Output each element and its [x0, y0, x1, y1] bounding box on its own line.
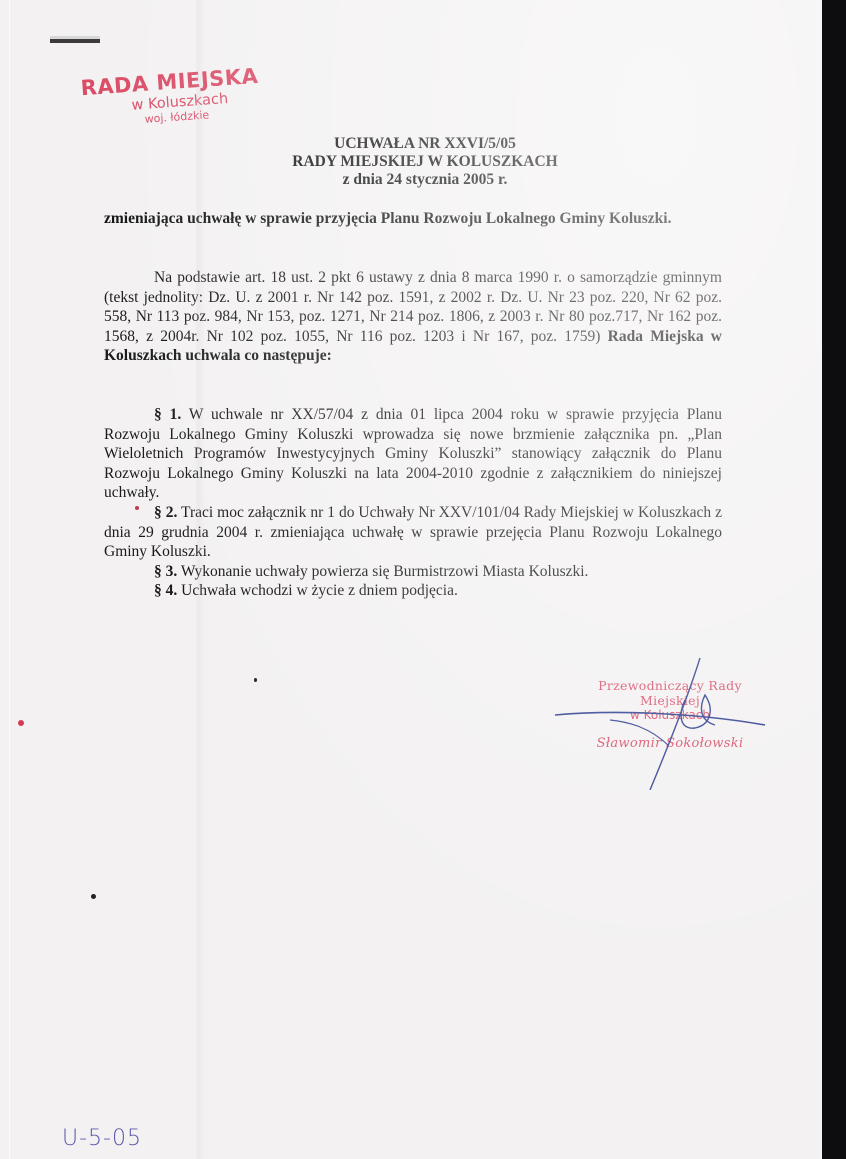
red-ink-spot — [135, 506, 139, 510]
section-mark: § 4. — [154, 582, 177, 599]
section-3: § 3. Wykonanie uchwały powierza się Burm… — [104, 562, 722, 582]
section-text: Traci moc załącznik nr 1 do Uchwały Nr X… — [104, 504, 722, 560]
sections: § 1. W uchwale nr XX/57/04 z dnia 01 lip… — [104, 405, 722, 601]
section-mark: § 2. — [154, 504, 177, 521]
section-text: W uchwale nr XX/57/04 z dnia 01 lipca 20… — [104, 406, 722, 501]
staple-mark — [50, 36, 100, 43]
handwritten-reference: U-5-05 — [62, 1126, 142, 1151]
resolution-header: UCHWAŁA NR XXVI/5/05 RADY MIEJSKIEJ W KO… — [240, 135, 610, 189]
scanned-page: RADA MIEJSKA w Koluszkach woj. łódzkie U… — [0, 0, 822, 1159]
resolution-title: UCHWAŁA NR XXVI/5/05 — [240, 135, 610, 153]
section-text: Wykonanie uchwały powierza się Burmistrz… — [177, 563, 588, 580]
section-1: § 1. W uchwale nr XX/57/04 z dnia 01 lip… — [104, 405, 722, 503]
red-ink-spot — [18, 720, 24, 726]
page-edge — [9, 0, 10, 1159]
resolution-date: z dnia 24 stycznia 2005 r. — [240, 171, 610, 189]
section-mark: § 3. — [154, 563, 177, 580]
handwritten-signature — [550, 650, 770, 790]
section-text: Uchwała wchodzi w życie z dniem podjęcia… — [177, 582, 458, 599]
resolution-issuer: RADY MIEJSKIEJ W KOLUSZKACH — [240, 153, 610, 171]
council-stamp: RADA MIEJSKA w Koluszkach woj. łódzkie — [76, 64, 264, 131]
resolution-subject: zmieniająca uchwałę w sprawie przyjęcia … — [104, 210, 744, 228]
section-mark: § 1. — [154, 406, 181, 423]
preamble: Na podstawie art. 18 ust. 2 pkt 6 ustawy… — [104, 268, 722, 366]
section-2: § 2. Traci moc załącznik nr 1 do Uchwały… — [104, 503, 722, 562]
section-4: § 4. Uchwała wchodzi w życie z dniem pod… — [104, 581, 722, 601]
ink-spot — [91, 894, 96, 899]
ink-spot — [254, 678, 257, 682]
